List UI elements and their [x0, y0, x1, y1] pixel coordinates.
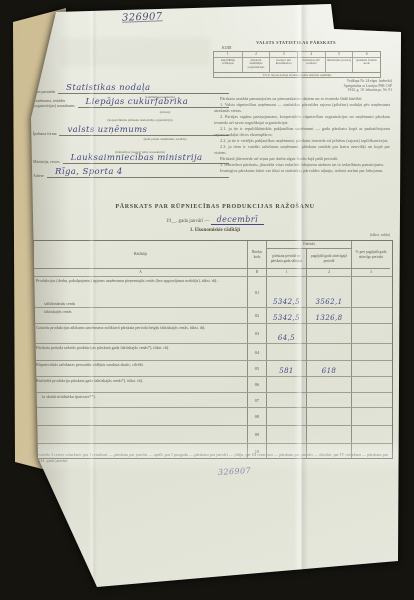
letter-cell: 3 — [351, 269, 390, 276]
field-line: valsts uzņēmums — [59, 124, 229, 136]
field-label: Adrese — [33, 174, 47, 178]
instructions-block: Pārskatu sastāda pamatojoties uz pirmuzs… — [214, 96, 390, 174]
handwritten-value: Lauksaimniecības ministrija — [71, 153, 203, 163]
codes-table-footer: V.S.P. rajona nodaļa ieraksta, kodus aiz… — [214, 72, 380, 78]
scanned-document-page: 326907 1 VALSTS STATISTIKAS PĀRSKATS KOD… — [0, 0, 414, 600]
handwritten-archive-number: 326907 — [122, 11, 163, 23]
field-address: Adrese Rīga, Sporta 4 — [33, 166, 229, 178]
table-row: faktiskajās cenās 02 5342,5 1326,8 — [34, 307, 392, 323]
value-cell — [351, 277, 390, 307]
row-sub-label: salīdzināmās cenās — [44, 301, 75, 306]
letter-cell: 2 — [306, 269, 351, 276]
form-sheet: 326907 1 VALSTS STATISTIKAS PĀRSKATS KOD… — [0, 0, 414, 600]
instruction-line: Iesniegtos pārskatus labot var tikai ar … — [214, 168, 390, 174]
col-header-indicators: Rādītāji — [34, 241, 247, 269]
field-ministry: Ministrija, resors Lauksaimniecības mini… — [33, 152, 229, 164]
instruction-line: 2.1. ja tie ir republikāniskās pakļautīb… — [214, 126, 390, 138]
handwritten-page-number: 1 — [353, 16, 364, 33]
print-run-imprint: Pas. 4122-43. 30000 eks. — [52, 579, 88, 583]
field-line: Rīga, Sporta 4 — [47, 166, 229, 178]
field-label: Kam pasniedz — [33, 90, 58, 94]
field-line: Lauksaimniecības ministrija — [63, 152, 229, 164]
table-row: Rūpnieciskās ražošanas personāla vidējai… — [34, 360, 392, 376]
handwritten-value: Statistikas nodaļa — [66, 83, 150, 93]
instruction-line: 2. Partijas orgānu paziņojumam, kooperat… — [214, 114, 390, 126]
table-row: Produkcijas (darbu, pakalpojumu) apjoms … — [34, 276, 392, 307]
codes-label-row: aizpildītāja veidlapas pārskatu saņēmēja… — [214, 58, 380, 72]
form-approval-block: Veidlapa Nr. 24-rūpn. (mēneša) Apstiprin… — [296, 79, 392, 93]
units-note: (tūkst. rubļu) — [320, 233, 390, 237]
kodi-label: KODI — [222, 46, 232, 50]
field-ownership: Īpašuma forma valsts uzņēmums — [33, 124, 229, 136]
form-type-title: VALSTS STATISTIKAS PĀRSKATS — [213, 40, 379, 45]
report-period: 19__. gada janvārī — decembrī — [55, 215, 375, 224]
codes-table: 1 2 3 4 5 6 aizpildītāja veidlapas pārsk… — [213, 51, 381, 78]
indicators-table: Rādītāji Rindas kods Faktiski pārskata p… — [33, 240, 393, 459]
code-col-label: ministrijas (resora) — [325, 58, 353, 72]
value-cell: 3562,1 — [306, 277, 351, 307]
field-recipient: Kam pasniedz Statistikas nodaļa — [33, 82, 229, 94]
value-cell: 5342,5 — [266, 277, 306, 307]
standalone-caption: (kopsavilkuma pārskatu iesniedzēja organ… — [60, 118, 220, 122]
approval-line: 1944. g. 10. februāra pr. Nr. 91 — [296, 88, 392, 93]
col-header-period: pārskata periodā no pārskata gada sākuma — [266, 249, 306, 269]
field-caption: (kam pieder uzņēmums, iestāde) — [110, 137, 220, 141]
col-header-prev-year: pagājušā gada attiecīgajā periodā — [306, 249, 351, 269]
handwritten-value: Rīga, Sporta 4 — [55, 167, 123, 177]
code-col-label: nozares pēc klasifikatora — [269, 58, 297, 72]
form-sheet-paper: 326907 1 VALSTS STATISTIKAS PĀRSKATS KOD… — [0, 0, 414, 600]
field-line: Liepājas cukurfabrika — [78, 96, 229, 108]
table-row: Gatavās produkcijas atlikums uzņēmuma no… — [34, 323, 392, 343]
handwritten-value: Liepājas cukurfabrika — [86, 97, 189, 107]
letter-cell: 1 — [266, 269, 306, 276]
col-header-percent: % pret pagājušā gada attiecīgo periodu — [351, 241, 390, 269]
letter-cell: A — [34, 269, 247, 276]
field-label: Īpašuma forma — [33, 132, 59, 136]
field-label: Ministrija, resors — [33, 160, 63, 164]
field-enterprise-name: Uzņēmuma, iestādes (organizācijas) nosau… — [33, 96, 229, 108]
table-row: Realizētā produkcija pārskata gada fakti… — [34, 376, 392, 392]
table-row: to skaitā strādnieku īpatsvars**) 07 — [34, 392, 392, 407]
report-period-prefix: 19__. gada janvārī — — [166, 219, 209, 224]
horizontal-fold-band — [0, 438, 414, 472]
row-label-cell: Produkcijas (darbu, pakalpojumu) apjoms … — [34, 277, 247, 307]
field-label: Uzņēmuma, iestādes (organizācijas) nosau… — [33, 99, 78, 108]
table-row: Pārskata perioda ražotās produkcijas pār… — [34, 343, 392, 360]
code-col-label: teritorijas pēc saraksta — [297, 58, 325, 72]
table-row: 08 — [34, 407, 392, 425]
row-code: 01 — [247, 277, 266, 307]
instruction-line: 1. Valsts rūpniecības uzņēmumi — statist… — [214, 102, 390, 114]
field-line: Statistikas nodaļa — [58, 82, 229, 94]
printing-house-imprint: Spiestuve «Cīņa», Rīgā — [328, 580, 390, 584]
col-group-faktiski: Faktiski — [266, 241, 351, 249]
code-col-label: pārskatu saņēmējas organizācijas — [242, 58, 270, 72]
handwritten-value: valsts uzņēmums — [67, 125, 147, 135]
field-caption: (adrese) — [120, 110, 210, 114]
report-title: PĀRSKATS PAR RŪPNIECĪBAS PRODUKCIJAS RAŽ… — [55, 204, 375, 210]
handwritten-period: decembrī — [211, 215, 264, 225]
col-header-row-code: Rindas kods — [247, 241, 266, 269]
code-col-label: īpašuma formas kods — [352, 58, 380, 72]
instruction-line: 2.3. ja tiem ir vairāki ražošanas uzņēmu… — [214, 144, 390, 156]
faded-stamp — [60, 38, 210, 66]
table-header: Rādītāji Rindas kods Faktiski pārskata p… — [34, 241, 392, 276]
code-col-label: aizpildītāja veidlapas — [214, 58, 242, 72]
letter-cell: B — [247, 269, 266, 276]
